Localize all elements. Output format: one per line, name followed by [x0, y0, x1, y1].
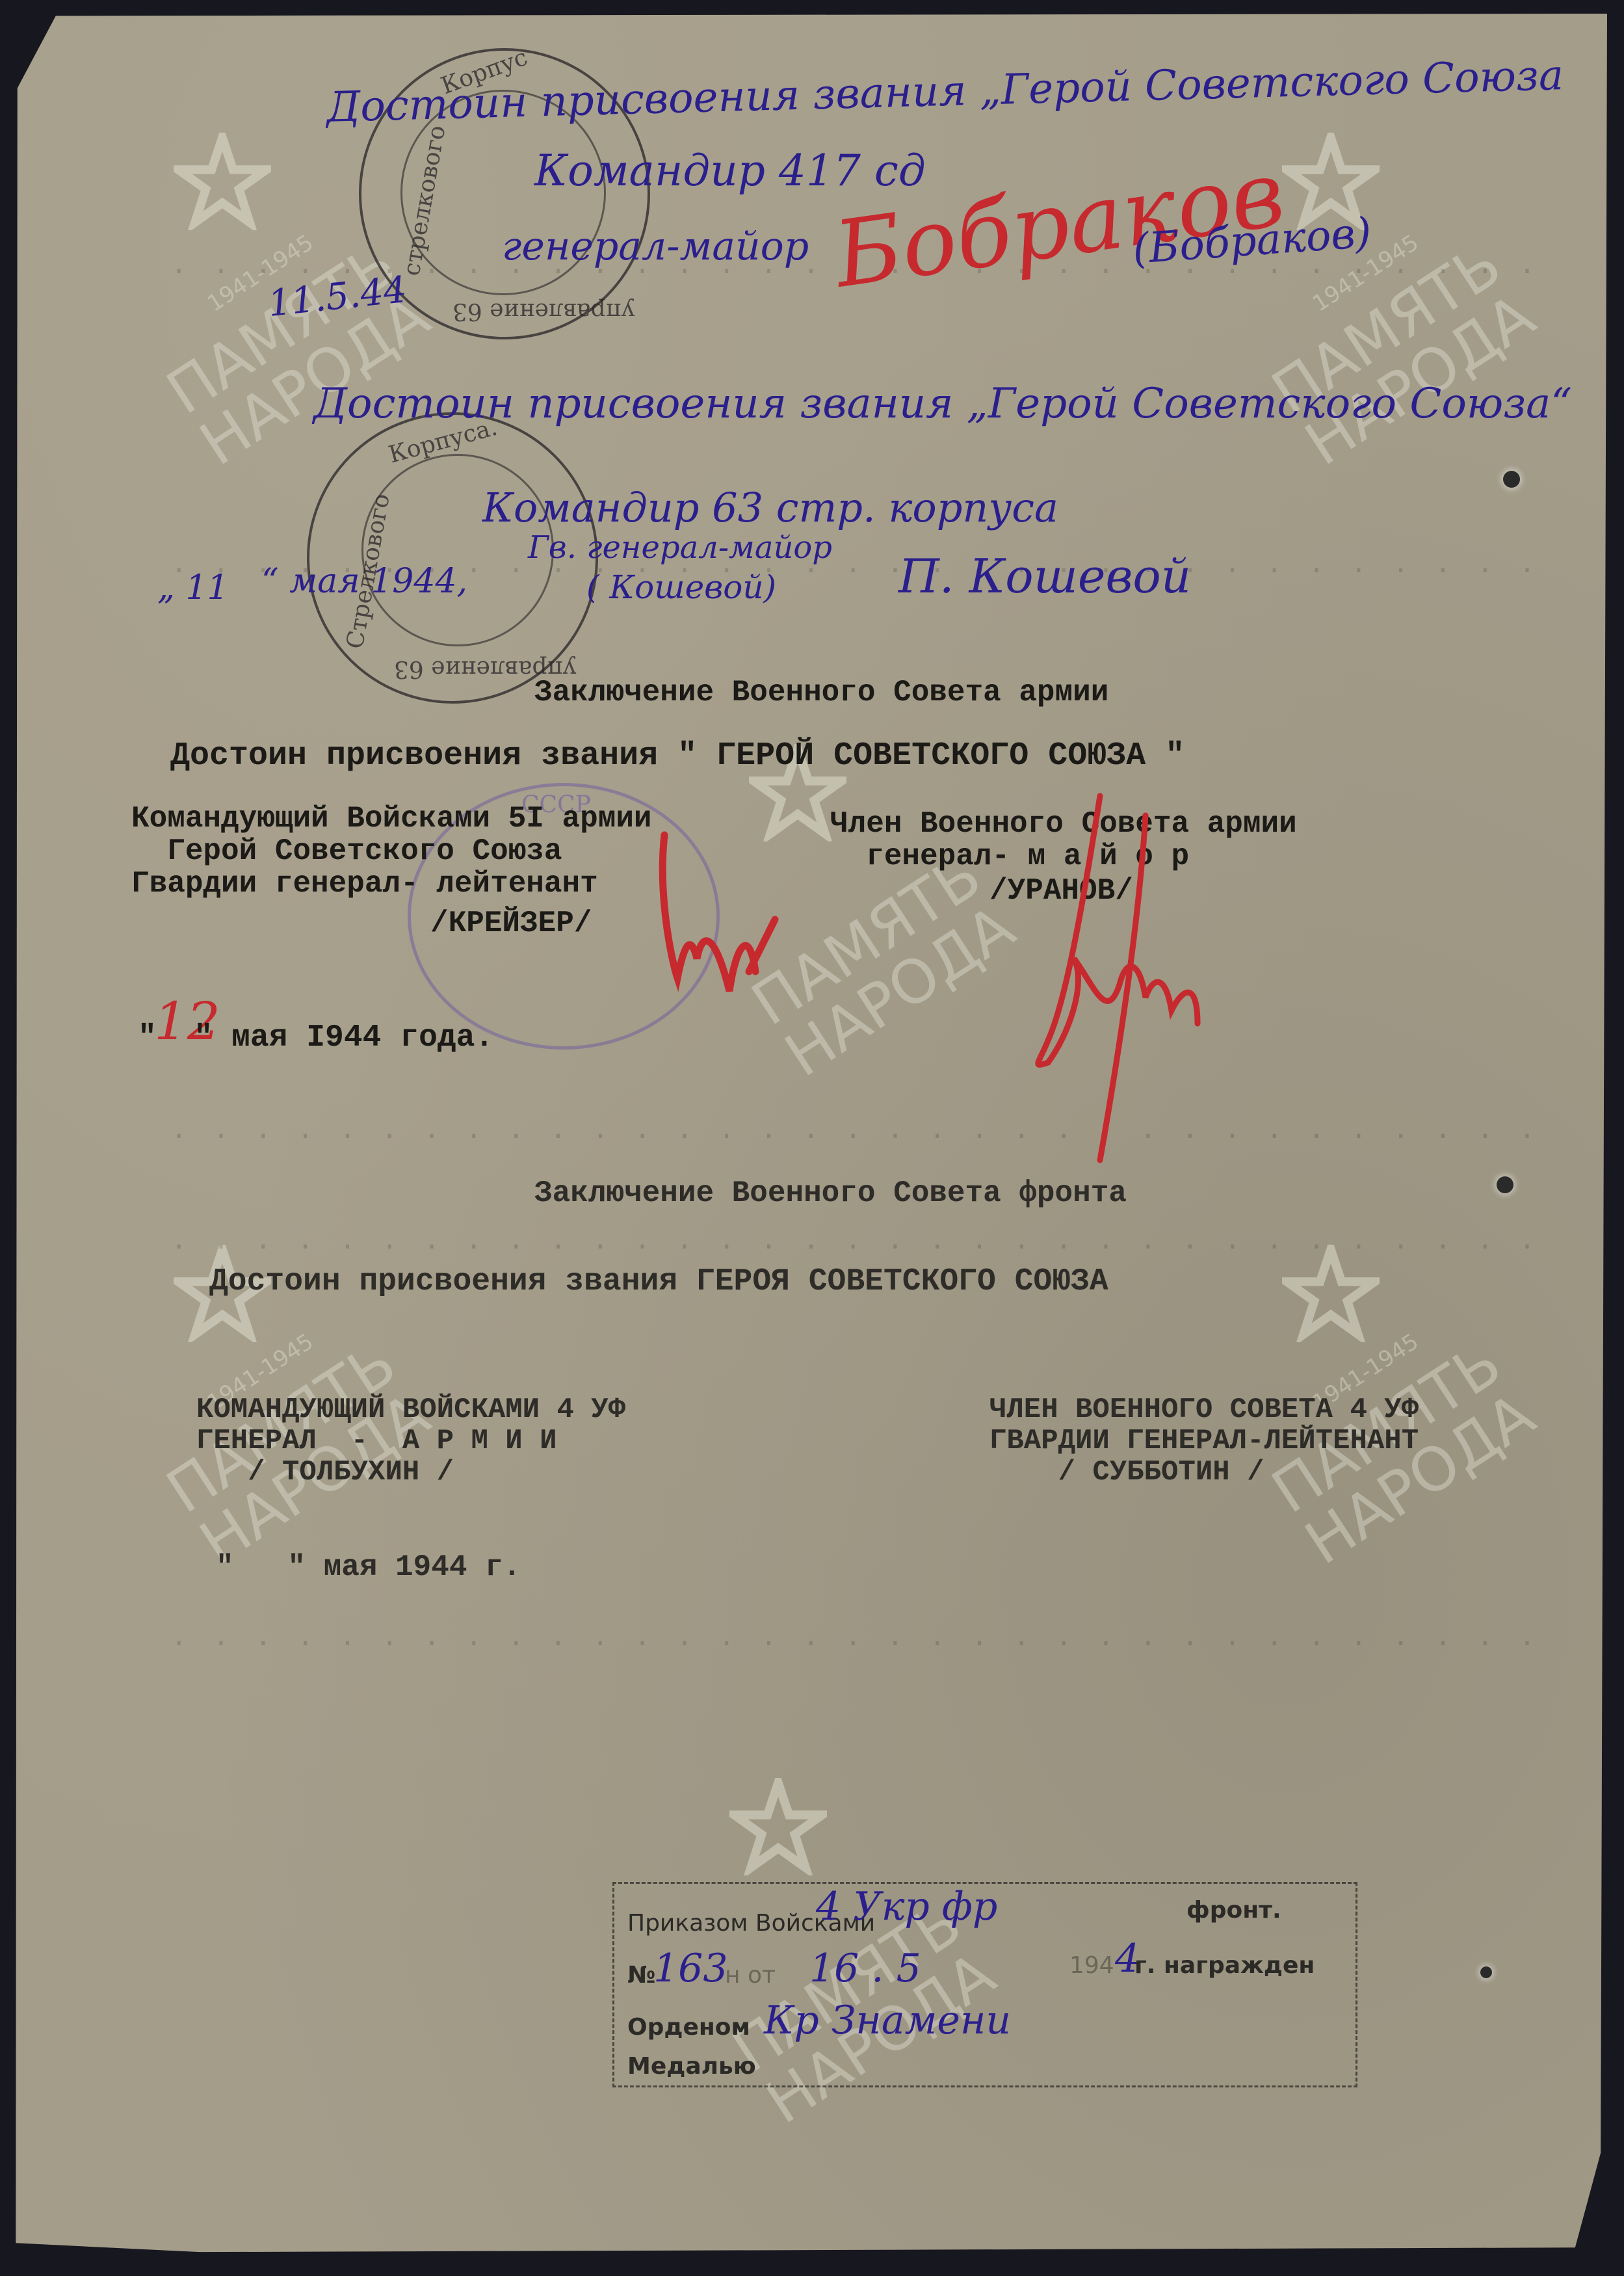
army-council-date: " " мая I944 года.: [138, 1020, 493, 1055]
division-commander-title: Командир 417 сд: [534, 146, 926, 196]
army-council-member-signature: [989, 789, 1250, 1167]
corps-commander-title: Командир 63 стр. корпуса: [482, 484, 1058, 531]
award-order-stamp: Приказом Войсками 4 Укр фр фронт. № 163 …: [612, 1882, 1357, 2087]
army-commander-block: Командующий Войсками 5I армии Герой Сове…: [131, 802, 652, 900]
front-commander-block: КОМАНДУЮЩИЙ ВОЙСКАМИ 4 УФ ГЕНЕРАЛ - А Р …: [196, 1394, 625, 1488]
army-commander-signature: [651, 828, 846, 1024]
army-commander-name: /КРЕЙЗЕР/: [430, 906, 592, 940]
punch-hole: [1480, 1966, 1492, 1978]
corps-endorsement-date: “ мая 1944,: [261, 562, 467, 601]
army-council-verdict: Достоин присвоения звания " ГЕРОЙ СОВЕТС…: [170, 737, 1185, 774]
front-council-member-block: ЧЛЕН ВОЕННОГО СОВЕТА 4 УФ ГВАРДИИ ГЕНЕРА…: [989, 1394, 1419, 1488]
corps-commander-signature: П. Кошевой: [898, 549, 1191, 603]
punch-hole: [1497, 1176, 1513, 1193]
division-commander-rank: генерал-майор: [502, 224, 809, 269]
document-page: 1941-1945 ПАМЯТЬНАРОДА 1941-1945 ПАМЯТЬН…: [8, 9, 1607, 2266]
punch-hole: [1503, 471, 1520, 488]
front-council-date: " " мая 1944 г.: [216, 1550, 521, 1584]
corps-endorsement-date-day: „ 11: [157, 568, 229, 607]
front-council-heading: Заключение Военного Совета фронта: [534, 1176, 1127, 1210]
front-council-verdict: Достоин присвоения звания ГЕРОЯ СОВЕТСКО…: [209, 1264, 1108, 1299]
watermark-star-icon: [174, 133, 271, 230]
army-council-heading: Заключение Военного Совета армии: [534, 676, 1108, 709]
watermark-star-icon: [1282, 1245, 1380, 1342]
corps-commander-name: ( Кошевой): [586, 568, 776, 606]
corps-commander-rank: Гв. генерал-майор: [528, 529, 832, 566]
watermark-star-icon: [729, 1778, 827, 1875]
corps-endorsement-line1: Достоин присвоения звания „Герой Советск…: [313, 380, 1572, 428]
